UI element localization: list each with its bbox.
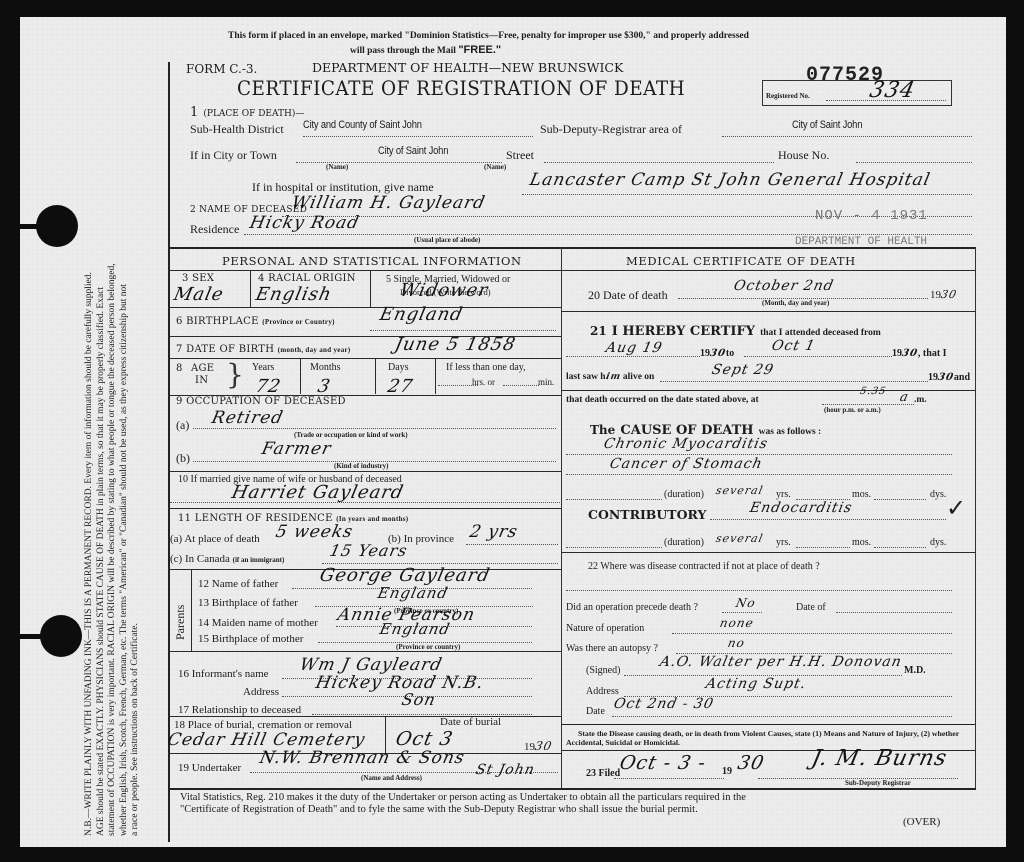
nature-operation-value[interactable]: none xyxy=(719,616,756,630)
undertaker-value-line-2[interactable]: St John xyxy=(474,762,536,778)
personal-title-rule xyxy=(168,270,561,271)
sub-health-district-value[interactable]: City and County of Saint John xyxy=(303,119,422,131)
age-years-value[interactable]: 72 xyxy=(254,376,283,397)
operation-value[interactable]: No xyxy=(735,596,758,610)
date-of-death-label: 20 Date of death xyxy=(588,288,668,303)
age-min-dots xyxy=(503,385,539,386)
filed-value[interactable]: Oct - 3 - xyxy=(618,752,709,774)
age-label-line-2: IN xyxy=(195,375,208,386)
informant-label: 16 Informant's name xyxy=(178,668,269,680)
age-years-label: Years xyxy=(252,362,274,373)
medical-section-title: MEDICAL CERTIFICATE OF DEATH xyxy=(626,254,856,268)
last-saw-line: last saw him alive on xyxy=(566,372,654,382)
city-name-caption: (Name) xyxy=(326,163,348,171)
death-time-value[interactable]: 5.35 xyxy=(859,386,888,397)
occupation-a-dots xyxy=(193,428,556,429)
signed-value[interactable]: A.O. Walter per H.H. Donovan xyxy=(658,654,903,670)
parents-label: Parents xyxy=(173,605,188,640)
contracted-label: 22 Where was disease contracted if not a… xyxy=(588,561,820,572)
mother-province-caption: (Province or country) xyxy=(396,643,460,651)
city-town-label: If in City or Town xyxy=(190,148,277,163)
age-days-value[interactable]: 27 xyxy=(386,376,415,397)
father-name-label: 12 Name of father xyxy=(198,578,278,590)
relationship-dots xyxy=(312,714,532,715)
residence-caption: (Usual place of abode) xyxy=(414,236,480,244)
last-saw-year: 1930and xyxy=(928,372,970,383)
margin-instructions: N.B.—WRITE PLAINLY WITH UNFADING INK—THI… xyxy=(84,36,142,836)
attended-from-value[interactable]: Aug 19 xyxy=(604,340,664,356)
at-place-value[interactable]: 5 weeks xyxy=(274,522,355,542)
row-rule-cause xyxy=(562,552,975,553)
filed-dots xyxy=(614,778,724,779)
age-brace: } xyxy=(226,358,244,391)
age-days-label: Days xyxy=(388,362,409,373)
sub-health-district-label: Sub-Health District xyxy=(190,122,284,137)
birthplace-label: 6 BIRTHPLACE (Province or Country) xyxy=(176,316,335,327)
cause-duration-value[interactable]: several xyxy=(715,484,765,497)
registrar-caption: Sub-Deputy Registrar xyxy=(845,779,911,787)
spouse-value[interactable]: Harriet Gayleard xyxy=(230,482,406,503)
informant-address-label: Address xyxy=(243,686,279,698)
doctor-address-label: Address xyxy=(586,686,619,697)
mother-birthplace-label: 15 Birthplace of mother xyxy=(198,633,303,645)
occupation-a-value[interactable]: Retired xyxy=(210,408,285,428)
section-top-border xyxy=(168,247,976,249)
autopsy-label: Was there an autopsy ? xyxy=(566,643,658,654)
doctor-date-value[interactable]: Oct 2nd - 30 xyxy=(612,696,715,712)
operation-date-label: Date of xyxy=(796,602,826,613)
cause-duration-label: (duration) xyxy=(664,489,704,500)
racial-origin-value[interactable]: English xyxy=(254,284,334,305)
contrib-dys-dots xyxy=(874,547,926,548)
autopsy-value[interactable]: no xyxy=(727,636,747,650)
contracted-dots xyxy=(566,590,952,591)
row-rule-10 xyxy=(168,508,561,509)
operation-label: Did an operation precede death ? xyxy=(566,602,698,613)
sex-label: 3 SEX xyxy=(182,273,214,284)
instruction-text: State the Disease causing death, or in d… xyxy=(566,729,966,747)
in-province-dots xyxy=(466,544,558,545)
received-date-stamp: NOV - 4 1931 xyxy=(815,208,928,224)
contrib-duration-lead-dots xyxy=(566,547,662,548)
date-of-death-year: 1930 xyxy=(930,288,957,301)
section-bottom-border xyxy=(168,788,976,790)
filed-year-value[interactable]: 30 xyxy=(736,752,767,774)
dob-value[interactable]: June 5 1858 xyxy=(393,334,518,355)
residence-dots xyxy=(244,234,972,235)
in-canada-label: (c) In Canada (if an immigrant) xyxy=(170,553,284,565)
registrar-signature[interactable]: J. M. Burns xyxy=(809,746,949,771)
attended-to-dots xyxy=(744,356,892,357)
punch-hole-bottom-tail xyxy=(20,634,48,639)
certify-line: 21 I HEREBY CERTIFY that I attended dece… xyxy=(590,320,881,339)
cause-line-2-dots xyxy=(566,474,952,475)
contributory-label: CONTRIBUTORY xyxy=(588,507,706,522)
cause-dys-dots xyxy=(874,499,926,500)
margin-line-3: statement of OCCUPATION is very importan… xyxy=(107,36,119,836)
operation-dots xyxy=(722,612,762,613)
racial-divider xyxy=(370,271,371,307)
doctor-address-value[interactable]: Acting Supt. xyxy=(704,676,808,692)
age-days-divider xyxy=(435,358,436,394)
place-of-death-heading: 1 (PLACE OF DEATH)— xyxy=(190,101,304,120)
spouse-dots xyxy=(170,502,560,503)
contrib-mos-label: mos. xyxy=(852,537,871,548)
medical-title-rule xyxy=(562,270,975,271)
burial-place-value[interactable]: Cedar Hill Cemetery xyxy=(166,730,367,750)
occupation-b-label: (b) xyxy=(176,451,190,466)
form-number: FORM C.-3. xyxy=(186,62,257,76)
mail-notice-line-1: This form if placed in an envelope, mark… xyxy=(228,31,749,41)
racial-origin-label: 4 RACIAL ORIGIN xyxy=(258,273,356,284)
row-rule-17 xyxy=(168,716,561,717)
burial-date-value[interactable]: Oct 3 xyxy=(394,728,456,750)
in-canada-value[interactable]: 15 Years xyxy=(328,541,410,560)
age-months-divider xyxy=(375,358,376,394)
street-label: Street xyxy=(506,148,534,163)
row-rule-parents xyxy=(168,651,561,652)
occupation-a-label: (a) xyxy=(176,418,189,433)
age-years-divider xyxy=(300,358,301,394)
age-lt-day-label: If less than one day, xyxy=(446,362,526,373)
at-place-label: (a) At place of death xyxy=(170,533,260,545)
city-town-value[interactable]: City of Saint John xyxy=(378,145,448,157)
operation-date-dots xyxy=(836,612,952,613)
father-name-value[interactable]: George Gayleard xyxy=(318,565,492,586)
date-of-death-caption: (Month, day and year) xyxy=(762,299,829,307)
contrib-mos-dots xyxy=(796,547,850,548)
left-border xyxy=(168,62,170,842)
age-label-line-1: AGE xyxy=(191,363,214,374)
parents-divider xyxy=(191,569,192,651)
personal-section-title: PERSONAL AND STATISTICAL INFORMATION xyxy=(222,254,522,268)
in-canada-dots xyxy=(322,563,558,564)
informant-address-value[interactable]: Hickey Road N.B. xyxy=(314,673,486,693)
date-of-death-value[interactable]: October 2nd xyxy=(732,278,835,294)
sub-deputy-registrar-dots xyxy=(722,136,972,137)
md-label: M.D. xyxy=(904,665,926,676)
sub-deputy-registrar-label: Sub-Deputy-Registrar area of xyxy=(540,122,682,137)
contributory-value[interactable]: Endocarditis xyxy=(748,500,854,516)
row-rule-9 xyxy=(168,471,561,472)
department-name: DEPARTMENT OF HEALTH—NEW BRUNSWICK xyxy=(312,60,623,75)
attended-from-dots xyxy=(566,356,700,357)
registered-no-label: Registered No. xyxy=(766,92,810,100)
occupation-b-value[interactable]: Farmer xyxy=(260,439,333,459)
certificate-title: CERTIFICATE OF REGISTRATION OF DEATH xyxy=(237,76,685,100)
contrib-duration-value[interactable]: several xyxy=(715,532,765,545)
in-province-value[interactable]: 2 yrs xyxy=(468,522,520,542)
informant-value[interactable]: Wm J Gayleard xyxy=(298,655,444,675)
undertaker-label: 19 Undertaker xyxy=(178,762,241,774)
hour-caption: (hour p.m. or a.m.) xyxy=(824,406,881,414)
contributory-dots xyxy=(710,519,946,520)
undertaker-caption: (Name and Address) xyxy=(361,774,422,782)
cause-line-2[interactable]: Cancer of Stomach xyxy=(608,456,764,472)
nature-operation-dots xyxy=(672,633,952,634)
margin-line-1: N.B.—WRITE PLAINLY WITH UNFADING INK—THI… xyxy=(84,36,96,836)
burial-date-label: Date of burial xyxy=(440,716,501,728)
doctor-date-dots xyxy=(612,716,952,717)
cause-line-1-dots xyxy=(566,454,952,455)
attended-from-year: 1930to xyxy=(700,348,734,359)
occupation-b-caption: (Kind of industry) xyxy=(334,462,388,470)
checkmark-icon: ✓ xyxy=(946,494,966,522)
cause-yrs-label: yrs. xyxy=(776,489,791,500)
cause-duration-lead-dots xyxy=(566,499,662,500)
father-birthplace-label: 13 Birthplace of father xyxy=(198,597,298,609)
doctor-date-label: Date xyxy=(586,706,605,717)
last-saw-value[interactable]: Sept 29 xyxy=(710,362,775,378)
right-column-border xyxy=(975,247,976,789)
mother-birthplace-value[interactable]: England xyxy=(378,620,452,638)
occupation-a-caption: (Trade or occupation or kind of work) xyxy=(294,431,408,439)
death-time-label: that death occurred on the date stated a… xyxy=(566,395,759,405)
sub-health-district-dots xyxy=(303,136,533,137)
sex-value[interactable]: Male xyxy=(172,284,226,305)
row-rule-signed xyxy=(562,724,975,725)
footer-line-1: Vital Statistics, Reg. 210 makes it the … xyxy=(180,792,746,803)
undertaker-value[interactable]: N.W. Brennan & Sons xyxy=(258,748,467,768)
burial-year: 1930 xyxy=(524,739,552,753)
attended-to-value[interactable]: Oct 1 xyxy=(770,338,817,354)
contrib-yrs-label: yrs. xyxy=(776,537,791,548)
sub-deputy-registrar-value[interactable]: City of Saint John xyxy=(792,119,862,131)
footer-line-2: "Certificate of Registration of Death" a… xyxy=(180,804,698,815)
row-rule-20 xyxy=(562,311,975,312)
margin-line-4: whether English, Irish, Scotch, French, … xyxy=(119,36,131,836)
age-label-num: 8 xyxy=(176,363,183,374)
age-months-label: Months xyxy=(310,362,341,373)
house-no-label: House No. xyxy=(778,148,829,163)
attended-to-year: 1930, that I xyxy=(892,348,947,359)
relationship-label: 17 Relationship to deceased xyxy=(178,704,301,716)
father-birthplace-value[interactable]: England xyxy=(376,584,450,602)
dob-label: 7 DATE OF BIRTH (month, day and year) xyxy=(176,344,351,355)
row-rule-21a xyxy=(562,390,975,391)
cause-line-1[interactable]: Chronic Myocarditis xyxy=(602,436,769,452)
punch-hole-top-tail xyxy=(20,224,44,229)
street-dots xyxy=(544,162,774,163)
age-min-label: min. xyxy=(538,377,554,387)
marital-status-value[interactable]: Widower xyxy=(398,280,490,301)
filed-year: 19 xyxy=(722,766,732,777)
age-hrs-label: hrs. or xyxy=(472,377,495,387)
margin-line-5: a race or people. See instructions on ba… xyxy=(130,36,142,836)
residence-value[interactable]: Hicky Road xyxy=(248,213,361,233)
contrib-duration-label: (duration) xyxy=(664,537,704,548)
house-no-dots xyxy=(856,162,972,163)
hospital-dots xyxy=(522,194,972,195)
cause-mos-label: mos. xyxy=(852,489,871,500)
mother-name-label: 14 Maiden name of mother xyxy=(198,617,318,629)
registered-no-value: 334 xyxy=(867,78,917,103)
row-rule-3 xyxy=(168,307,561,308)
column-divider xyxy=(561,247,562,789)
margin-line-2: AGE should be stated EXACTLY. PHYSICIANS… xyxy=(96,36,108,836)
residence-label: Residence xyxy=(190,222,239,237)
cause-dys-label: dys. xyxy=(930,489,946,500)
deceased-name-value[interactable]: William H. Gayleard xyxy=(290,193,487,213)
street-name-caption: (Name) xyxy=(484,163,506,171)
contrib-dys-label: dys. xyxy=(930,537,946,548)
birthplace-dots xyxy=(370,330,556,331)
nature-operation-label: Nature of operation xyxy=(566,623,644,634)
sex-divider xyxy=(250,271,251,307)
birthplace-value[interactable]: England xyxy=(378,304,465,325)
death-m-label: .m. xyxy=(914,395,927,405)
over-label: (OVER) xyxy=(903,816,940,828)
hospital-value[interactable]: Lancaster Camp St John General Hospital xyxy=(528,170,932,190)
signed-label: (Signed) xyxy=(586,665,620,676)
undertaker-dots xyxy=(250,772,558,773)
occupation-label: 9 OCCUPATION OF DECEASED xyxy=(176,396,346,407)
mail-notice-line-2: will pass through the Mail "FREE." xyxy=(350,44,501,56)
relationship-value[interactable]: Son xyxy=(400,690,438,709)
last-saw-dots xyxy=(660,381,928,382)
